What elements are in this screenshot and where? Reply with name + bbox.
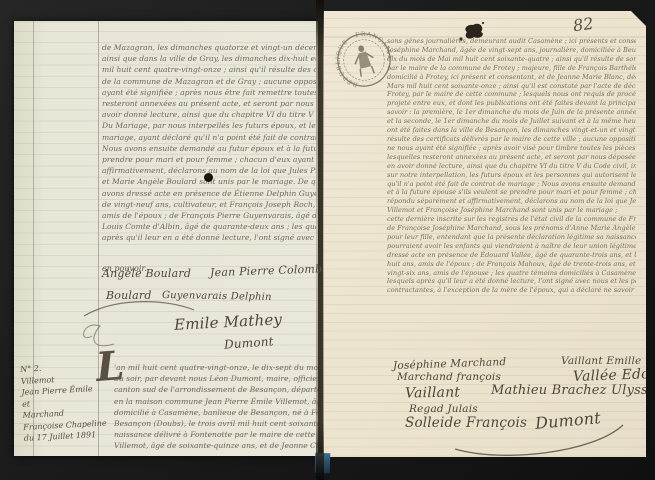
act1-text-block: de Mazagran, les dimanches quatorze et v… <box>102 42 316 244</box>
dumont-flourish <box>443 419 633 464</box>
manuscript-line: qu'il n'a point été fait de contrat de m… <box>387 180 636 189</box>
register-right-page: 82 RÉPUBLIQUE · FRANÇAISE · sans gênes j… <box>323 11 646 457</box>
manuscript-line: ne nous ayant été signifiée ; après avoi… <box>387 144 636 153</box>
manuscript-line: Du Mariage, par nous interpellés les fut… <box>102 120 316 131</box>
folio-number: 82 <box>572 14 595 36</box>
manuscript-line: et la seconde, le 1er dimanche du mois d… <box>387 117 636 126</box>
signature-marchand-francois: Marchand françois <box>397 371 501 383</box>
manuscript-line: Mars mil huit cent soixante-onze ; ainsi… <box>387 82 636 91</box>
manuscript-line: cette dernière inscrite sur les registre… <box>387 215 636 224</box>
manuscript-line: domicilié à Frotey, ici présent et conse… <box>387 73 636 82</box>
manuscript-line: contractantes, à l'exception de la mère … <box>387 286 636 295</box>
manuscript-line: lesquels après qu'il leur a été donné le… <box>387 277 636 286</box>
manuscript-line: Nous avons ensuite demandé au futur épou… <box>102 143 316 154</box>
manuscript-line: Villemot, âgé de soixante-quinze ans, et… <box>114 440 318 451</box>
signature-regad-julais: Regad Julais <box>409 403 478 415</box>
act2-text-block: 'an mil huit cent quatre-vingt-onze, le … <box>114 362 318 452</box>
manuscript-line: dressé acte en présence de Édouard Vallé… <box>387 251 636 260</box>
binding-gutter <box>316 0 324 480</box>
signature-vaillant: Vaillant <box>405 385 460 402</box>
act2-margin-note: N° 2.VillemotJean Pierre ÉmileetMarchand… <box>20 360 98 444</box>
manuscript-line: et à la future épouse s'ils veulent se p… <box>387 188 636 197</box>
manuscript-line: sans gênes journalières, demeurant audit… <box>387 37 636 46</box>
manuscript-line: résulte des certificats délivrés par le … <box>387 135 636 144</box>
manuscript-line: de Françoise Joséphine Marchand, sous le… <box>387 224 636 233</box>
manuscript-line: Frotey, par le maire de cette commune ; … <box>387 90 636 99</box>
manuscript-line: avons dressé acte en présence de Étienne… <box>102 188 316 199</box>
manuscript-line: canton sud de l'arrondissement de Besanç… <box>114 384 318 395</box>
manuscript-line: resteront annexées au présent acte, et s… <box>102 98 316 109</box>
signature-vallee-edouard: Vallée Edouard <box>573 365 655 385</box>
manuscript-line: pourraient avoir les enfants qui viendra… <box>387 242 636 251</box>
manuscript-line: lesquelles resteront annexées au présent… <box>387 153 636 162</box>
manuscript-line: de la commune de Mazagran et de Gray ; a… <box>102 76 316 87</box>
manuscript-line: 'an mil huit cent quatre-vingt-onze, le … <box>114 362 318 373</box>
manuscript-line: après qu'il leur en a été donné lecture,… <box>102 232 316 243</box>
manuscript-line: répondu séparément et affirmativement, d… <box>387 197 636 206</box>
signature-flourish <box>74 296 274 356</box>
signature-angele-boulard: Angèle Boulard <box>102 267 191 280</box>
manuscript-line: ainsi que dans la ville de Gray, les dim… <box>102 53 316 64</box>
archive-scan: { "register": { "folio_number": "82", "s… <box>0 0 655 480</box>
signature-vaillant-emille: Vaillant Emille <box>561 355 641 367</box>
hole-punch-dot <box>204 173 213 182</box>
manuscript-line: en avoir donné lecture, ainsi que du cha… <box>387 162 636 171</box>
manuscript-line: sur notre interpellation, les futurs épo… <box>387 171 636 180</box>
manuscript-line: Louis Comte d'Albin, âgé de quarante-deu… <box>102 221 316 232</box>
manuscript-line: du soir, par devant nous Léon Dumont, ma… <box>114 373 318 384</box>
register-left-page: de Mazagran, les dimanches quatorze et v… <box>14 21 318 456</box>
manuscript-line: par le maire de la commune de Frotey ; m… <box>387 64 636 73</box>
manuscript-line: de Mazagran, les dimanches quatorze et v… <box>102 42 316 53</box>
manuscript-line: projeté entre eux, et dont les publicati… <box>387 99 636 108</box>
manuscript-line: mil huit cent quatre-vingt-onze ; ainsi … <box>102 64 316 75</box>
manuscript-line: savoir : la première, le 1er dimanche du… <box>387 108 636 117</box>
manuscript-line: ayant été signifiée ; après nous être fa… <box>102 87 316 98</box>
manuscript-line: mariage, ayant déclaré qu'il n'a point é… <box>102 132 316 143</box>
margin-note-line: du 17 Juillet 1891 <box>24 429 99 444</box>
signature-mathieu-brachez-ulysse: Mathieu Brachez Ulysse <box>491 383 655 398</box>
manuscript-line: avoir donné lecture, ainsi que du chapit… <box>102 109 316 120</box>
manuscript-line: Joséphine Marchand, âgée de vingt-sept a… <box>387 46 636 55</box>
manuscript-line: amis de l'époux ; de François Pierre Guy… <box>102 210 316 221</box>
signature-josephine-marchand: Joséphine Marchand <box>393 356 507 372</box>
manuscript-line: domicilié à Casamène, banlieue de Besanç… <box>114 407 318 418</box>
manuscript-line: ont été faites dans la ville de Besançon… <box>387 126 636 135</box>
manuscript-line: de vingt-neuf ans, cultivateur, et Franç… <box>102 199 316 210</box>
ink-blot <box>453 19 489 45</box>
manuscript-line: huit ans, amis de l'époux ; de François … <box>387 260 636 269</box>
manuscript-line: vingt-six ans, amis de l'épouse ; les qu… <box>387 269 636 278</box>
manuscript-line: prendre pour mari et pour femme ; chacun… <box>102 154 316 165</box>
act2-continuation-block: sans gênes journalières, demeurant audit… <box>387 37 636 295</box>
manuscript-line: naissance délivré à Fontenotte par le ma… <box>114 429 318 440</box>
manuscript-line: pour leur fille, entendant que la présen… <box>387 233 636 242</box>
manuscript-line: dix du mois de Mai mil huit cent soixant… <box>387 55 636 64</box>
manuscript-line: Villemot et Françoise Joséphine Marchand… <box>387 206 636 215</box>
manuscript-line: Besançon (Doubs), le trois avril mil hui… <box>114 418 318 429</box>
manuscript-line: en la maison commune Jean Pierre Émile V… <box>114 396 318 407</box>
